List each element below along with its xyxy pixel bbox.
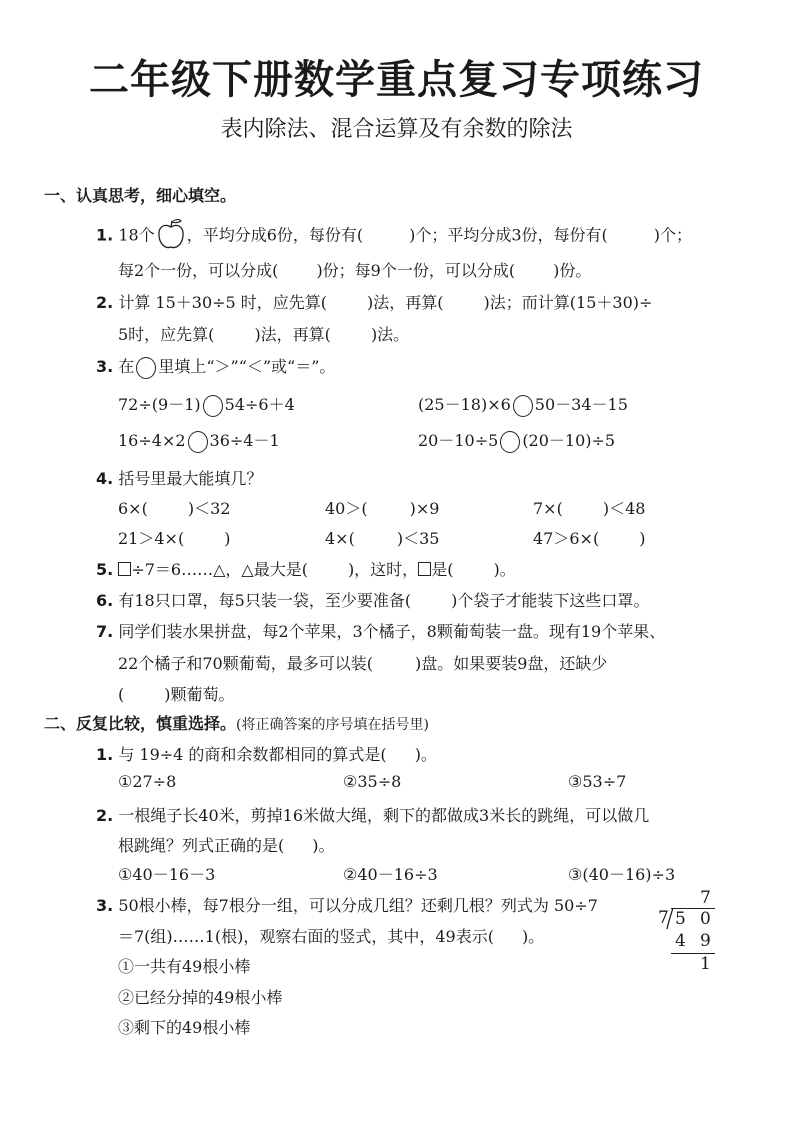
- question-number: 3.: [96, 896, 113, 915]
- text: (: [118, 685, 124, 704]
- compare-item: 20－10÷5(20－10)÷5: [418, 428, 615, 453]
- question-number: 2.: [96, 293, 113, 312]
- text: )，这时，: [348, 560, 418, 579]
- text: )个袋子才能装下这些口罩。: [451, 591, 649, 610]
- text: )＜35: [397, 529, 440, 548]
- text: ÷7＝6……△，△最大是(: [131, 560, 308, 579]
- quotient: 7: [700, 888, 711, 908]
- fill-item: 40＞()×9: [325, 496, 439, 519]
- option-2[interactable]: ②已经分掉的49根小棒: [118, 985, 282, 1008]
- question-number: 5.: [96, 560, 113, 579]
- text: 36÷4－1: [210, 431, 280, 450]
- text: )法，再算(: [254, 325, 331, 344]
- text: ): [224, 529, 230, 548]
- text: 二、反复比较，慎重选择。: [44, 714, 236, 733]
- section-1-heading: 一、认真思考，细心填空。: [44, 183, 236, 206]
- text: 50－34－15: [535, 395, 628, 414]
- square-icon: [418, 562, 431, 576]
- text: )。: [415, 745, 437, 764]
- product-digit: 4: [675, 931, 686, 951]
- option-1[interactable]: ①一共有49根小棒: [118, 954, 250, 977]
- question-2-3-line-1: 3. 50根小棒，每7根分一组，可以分成几组？还剩几根？列式为 50÷7: [96, 893, 598, 916]
- compare-item: 16÷4×236÷4－1: [118, 428, 280, 453]
- option-3[interactable]: ③(40－16)÷3: [568, 862, 675, 885]
- text: )法；而计算(15＋30)÷: [484, 293, 653, 312]
- fill-item: 47＞6×(): [533, 526, 645, 549]
- question-1-2-line-2: 5时，应先算()法，再算()法。: [118, 322, 409, 345]
- question-1-7-line-3: ()颗葡萄。: [118, 682, 235, 705]
- question-1-2-line-1: 2. 计算 15＋30÷5 时，应先算()法，再算()法；而计算(15＋30)÷: [96, 290, 652, 313]
- text: )。: [522, 927, 544, 946]
- compare-item: (25－18)×650－34－15: [418, 392, 628, 417]
- text: 每2个一份，可以分成(: [118, 261, 278, 280]
- text: 21＞4×(: [118, 529, 184, 548]
- question-1-4-prompt: 4. 括号里最大能填几？: [96, 466, 262, 489]
- text: 54÷6＋4: [225, 395, 295, 414]
- option-2[interactable]: ②35÷8: [343, 772, 401, 791]
- text: 是(: [431, 560, 453, 579]
- text: )份。: [553, 261, 591, 280]
- question-1-3-prompt: 3. 在里填上“＞”“＜”或“＝”。: [96, 354, 335, 379]
- text: )。: [312, 836, 334, 855]
- text: )＜32: [188, 499, 231, 518]
- text: 50根小棒，每7根分一组，可以分成几组？还剩几根？列式为 50÷7: [118, 896, 598, 915]
- text: (25－18)×6: [418, 395, 511, 414]
- text: ，平均分成6份，每份有(: [187, 226, 363, 245]
- worksheet-title: 二年级下册数学重点复习专项练习: [0, 48, 793, 105]
- product-digit: 9: [700, 931, 711, 951]
- section-2-heading: 二、反复比较，慎重选择。(将正确答案的序号填在括号里): [44, 711, 429, 734]
- text: 有18只口罩，每5只装一袋，至少要准备(: [118, 591, 411, 610]
- option-3[interactable]: ③53÷7: [568, 772, 626, 791]
- dividend-digit: 0: [700, 909, 711, 929]
- text: 在: [118, 357, 134, 376]
- question-2-2-line-2: 根跳绳？列式正确的是()。: [118, 833, 335, 856]
- text: 4×(: [325, 529, 355, 548]
- dividend-digit: 5: [675, 909, 686, 929]
- text: ): [639, 529, 645, 548]
- compare-circle-input[interactable]: [188, 431, 208, 453]
- question-2-2-line-1: 2. 一根绳子长40米，剪掉16米做大绳，剩下的都做成3米长的跳绳，可以做几: [96, 803, 649, 826]
- text: )法，再算(: [367, 293, 444, 312]
- long-division-figure: 7 7 5 0 4 9 1: [655, 888, 715, 978]
- text: 40＞(: [325, 499, 368, 518]
- text: 72÷(9－1): [118, 395, 201, 414]
- question-1-6: 6. 有18只口罩，每5只装一袋，至少要准备()个袋子才能装下这些口罩。: [96, 588, 649, 611]
- question-number: 7.: [96, 622, 113, 641]
- question-1-5: 5. ÷7＝6……△，△最大是()，这时，是()。: [96, 557, 516, 580]
- text: 47＞6×(: [533, 529, 599, 548]
- text: 根跳绳？列式正确的是(: [118, 836, 284, 855]
- apple-icon: [156, 218, 186, 254]
- text: 7×(: [533, 499, 563, 518]
- text: )×9: [410, 499, 440, 518]
- text: 同学们装水果拼盘，每2个苹果，3个橘子，8颗葡萄装一盘。现有19个苹果、: [118, 622, 665, 641]
- circle-icon: [136, 357, 156, 379]
- text: 16÷4×2: [118, 431, 186, 450]
- text: 6×(: [118, 499, 148, 518]
- compare-circle-input[interactable]: [500, 431, 520, 453]
- text: 18个: [118, 226, 154, 245]
- text: 一根绳子长40米，剪掉16米做大绳，剩下的都做成3米长的跳绳，可以做几: [118, 806, 649, 825]
- text: (20－10)÷5: [522, 431, 615, 450]
- text: )份；每9个一份，可以分成(: [316, 261, 515, 280]
- text: 里填上“＞”“＜”或“＝”。: [158, 357, 335, 376]
- question-number: 3.: [96, 357, 113, 376]
- question-2-3-line-2: ＝7(组)……1(根)，观察右面的竖式，其中，49表示()。: [118, 924, 544, 947]
- compare-circle-input[interactable]: [203, 395, 223, 417]
- question-2-1: 1. 与 19÷4 的商和余数都相同的算式是()。: [96, 742, 437, 765]
- text: ＝7(组)……1(根)，观察右面的竖式，其中，49表示(: [118, 927, 494, 946]
- fill-item: 6×()＜32: [118, 496, 230, 519]
- question-1-7-line-2: 22个橘子和70颗葡萄，最多可以装()盘。如果要装9盘，还缺少: [118, 651, 607, 674]
- text: 与 19÷4 的商和余数都相同的算式是(: [118, 745, 386, 764]
- question-number: 2.: [96, 806, 113, 825]
- division-bracket-icon: [666, 908, 674, 930]
- question-number: 1.: [96, 745, 113, 764]
- text: )法。: [371, 325, 409, 344]
- text: 20－10÷5: [418, 431, 498, 450]
- text: 22个橘子和70颗葡萄，最多可以装(: [118, 654, 373, 673]
- option-1[interactable]: ①40－16－3: [118, 862, 215, 885]
- text: )颗葡萄。: [164, 685, 234, 704]
- compare-item: 72÷(9－1)54÷6＋4: [118, 392, 295, 417]
- text: )盘。如果要装9盘，还缺少: [415, 654, 607, 673]
- fill-item: 4×()＜35: [325, 526, 439, 549]
- fill-item: 7×()＜48: [533, 496, 645, 519]
- option-2[interactable]: ②40－16÷3: [343, 862, 438, 885]
- question-1-1-line-1: 1. 18个，平均分成6份，每份有()个；平均分成3份，每份有()个；: [96, 218, 692, 254]
- compare-circle-input[interactable]: [513, 395, 533, 417]
- text: )个；平均分成3份，每份有(: [409, 226, 608, 245]
- text: )＜48: [603, 499, 646, 518]
- fill-item: 21＞4×(): [118, 526, 230, 549]
- text: 5时，应先算(: [118, 325, 214, 344]
- square-icon: [118, 562, 131, 576]
- text: 括号里最大能填几？: [118, 469, 262, 488]
- question-number: 1.: [96, 226, 113, 245]
- text: 计算 15＋30÷5 时，应先算(: [118, 293, 327, 312]
- option-3[interactable]: ③剩下的49根小棒: [118, 1015, 250, 1038]
- question-number: 4.: [96, 469, 113, 488]
- remainder: 1: [700, 954, 711, 974]
- question-number: 6.: [96, 591, 113, 610]
- section-note: (将正确答案的序号填在括号里): [236, 717, 429, 733]
- text: )。: [493, 560, 515, 579]
- question-1-7-line-1: 7. 同学们装水果拼盘，每2个苹果，3个橘子，8颗葡萄装一盘。现有19个苹果、: [96, 619, 665, 642]
- question-1-1-line-2: 每2个一份，可以分成()份；每9个一份，可以分成()份。: [118, 258, 591, 281]
- text: )个；: [654, 226, 692, 245]
- option-1[interactable]: ①27÷8: [118, 772, 176, 791]
- worksheet-subtitle: 表内除法、混合运算及有余数的除法: [0, 112, 793, 143]
